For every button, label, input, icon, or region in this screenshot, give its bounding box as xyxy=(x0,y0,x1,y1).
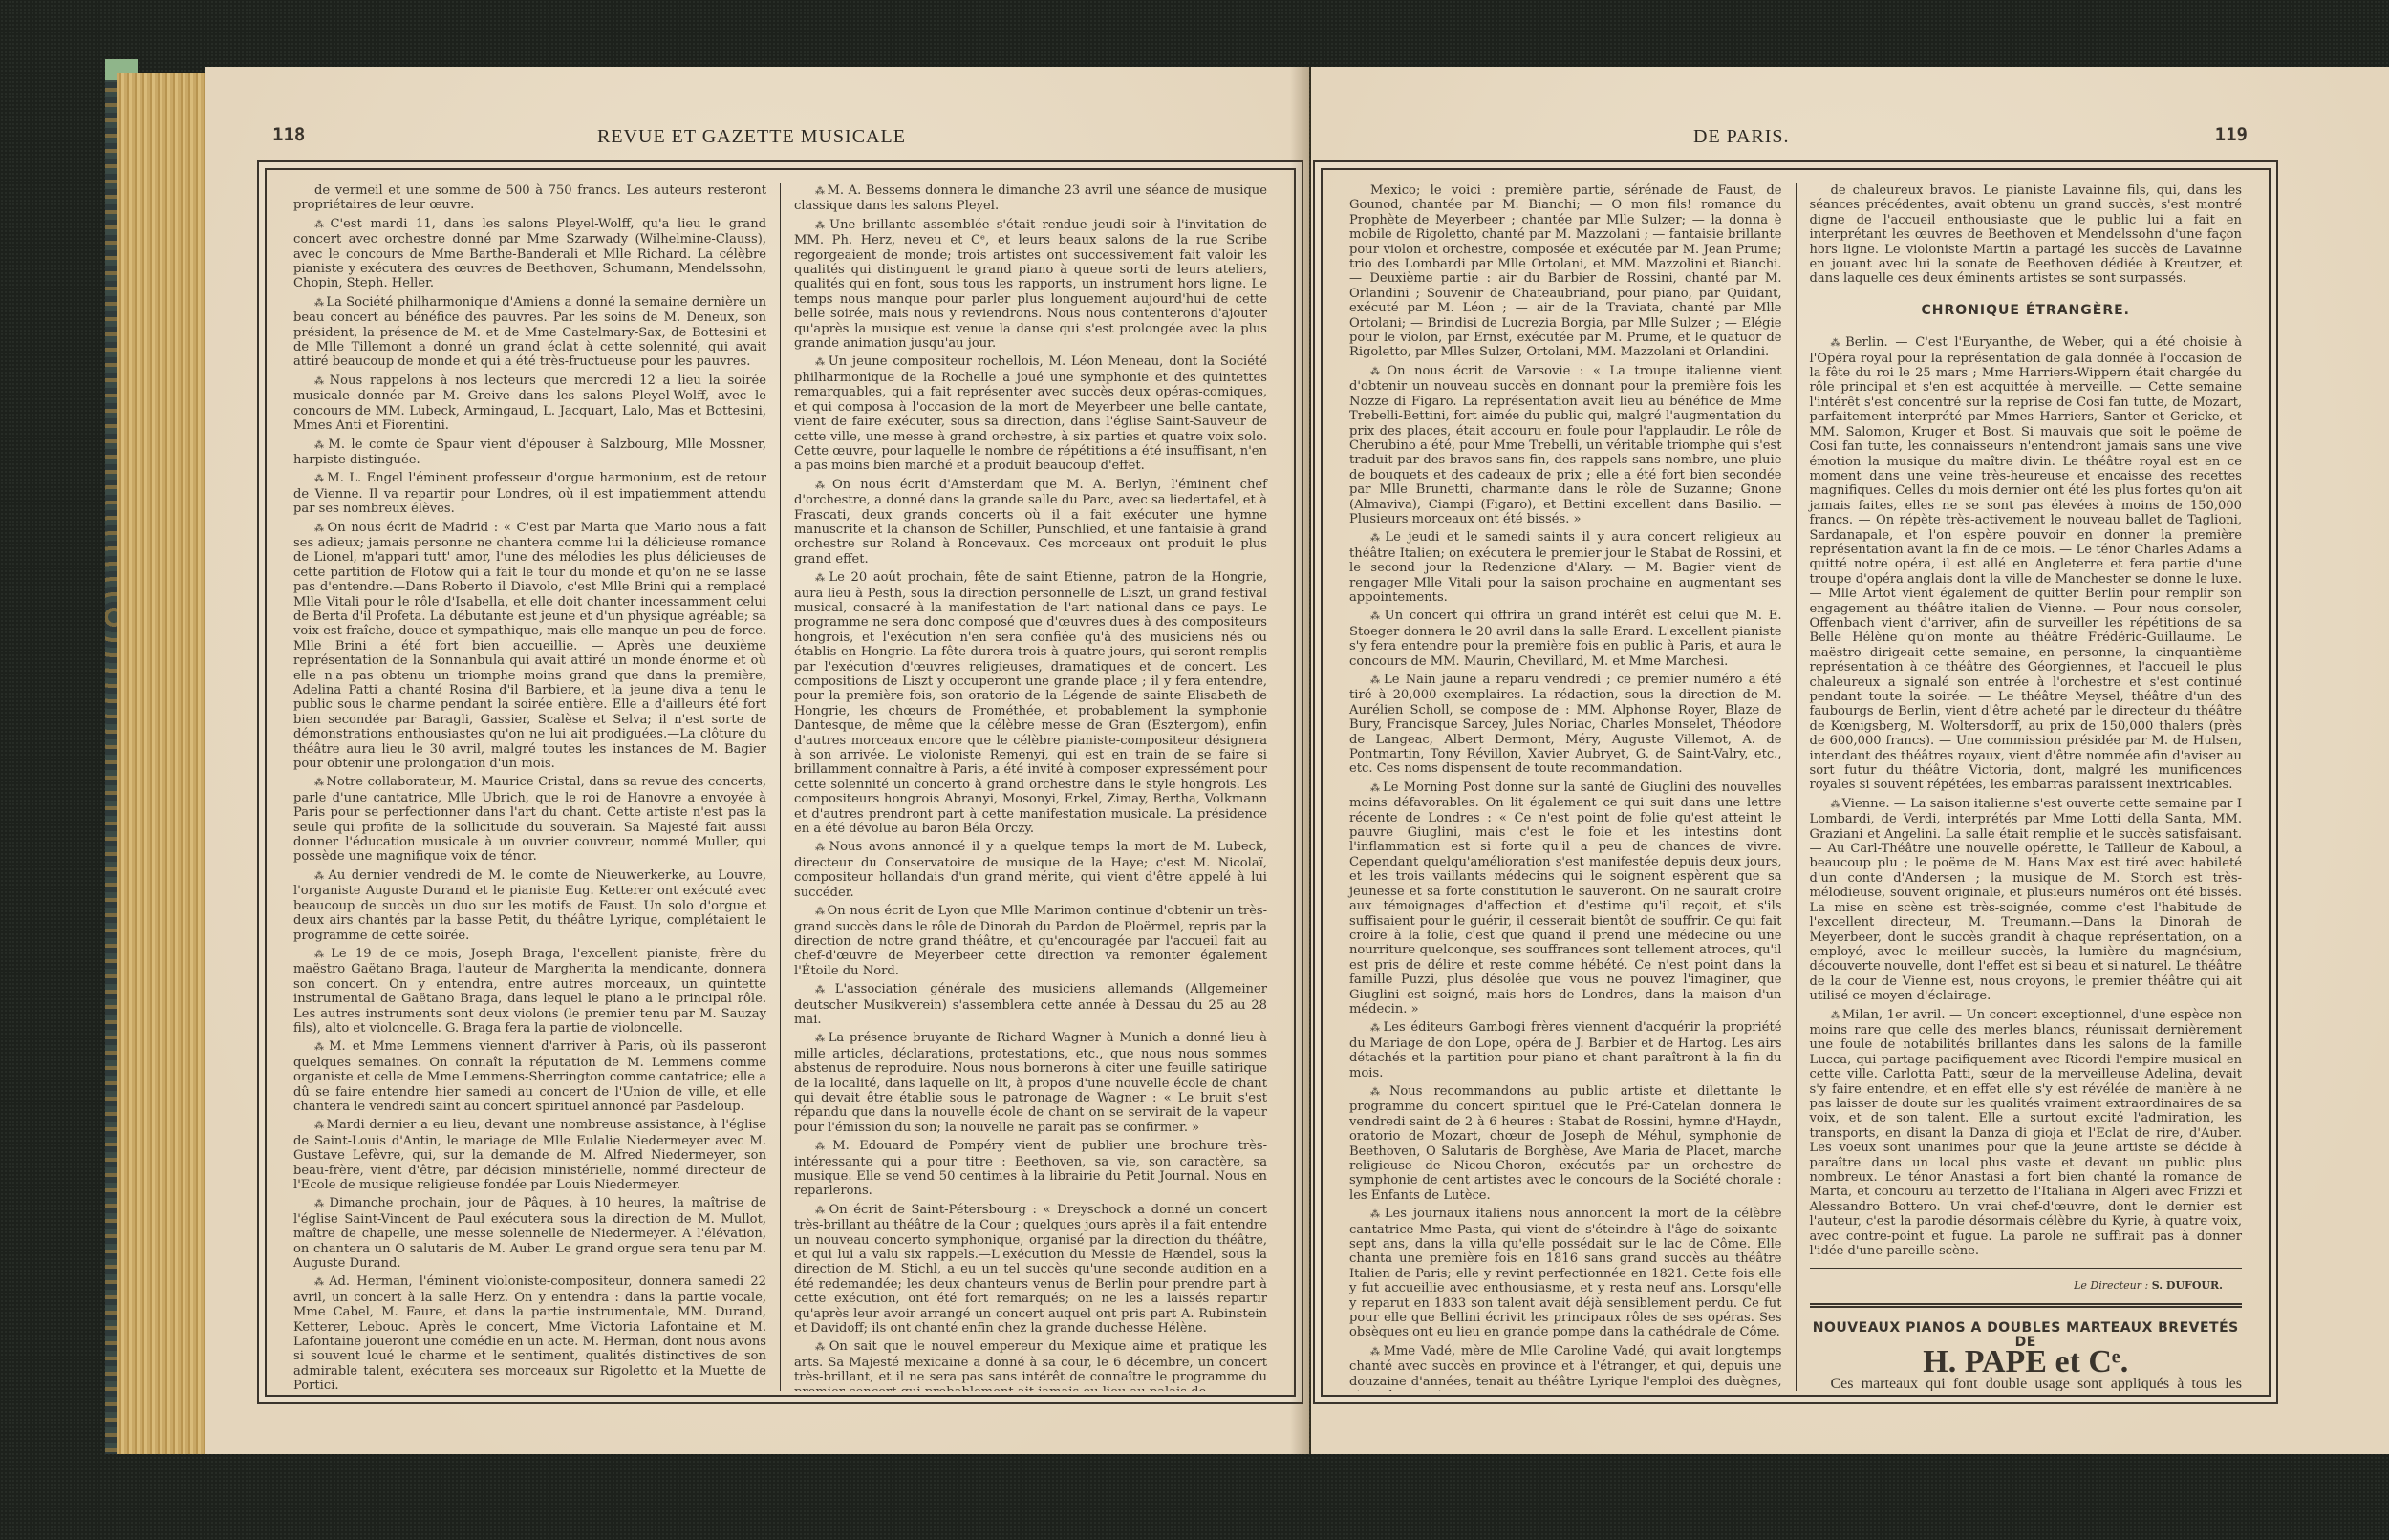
asterism-icon: ⁂ xyxy=(815,907,825,917)
article-paragraph: ⁂M. L. Engel l'éminent professeur d'orgu… xyxy=(293,471,766,516)
article-paragraph: ⁂On nous écrit d'Amsterdam que M. A. Ber… xyxy=(794,478,1267,567)
ad-brand: H. PAPE et Cᵉ. xyxy=(1810,1355,2243,1369)
paragraph-text: Mardi dernier a eu lieu, devant une nomb… xyxy=(293,1118,766,1192)
article-paragraph: ⁂Le Morning Post donne sur la santé de G… xyxy=(1349,781,1782,1017)
article-paragraph: ⁂M. Edouard de Pompéry vient de publier … xyxy=(794,1139,1267,1199)
open-book: 118 REVUE ET GAZETTE MUSICALE de vermeil… xyxy=(105,59,2341,1454)
paragraph-text: M. L. Engel l'éminent professeur d'orgue… xyxy=(293,471,766,516)
paragraph-text: Nous avons annoncé il y a quelque temps … xyxy=(794,840,1267,899)
article-paragraph: ⁂Dimanche prochain, jour de Pâques, à 10… xyxy=(293,1196,766,1271)
article-paragraph: ⁂Nous rappelons à nos lecteurs que mercr… xyxy=(293,374,766,434)
article-paragraph: ⁂Au dernier vendredi de M. le comte de N… xyxy=(293,868,766,943)
signature-label: Le Directeur : xyxy=(2074,1279,2148,1292)
page-number: 119 xyxy=(2215,124,2248,145)
article-paragraph: ⁂Le Nain jaune a reparu vendredi ; ce pr… xyxy=(1349,673,1782,777)
divider xyxy=(1810,1268,2243,1269)
signature-name: S. DUFOUR. xyxy=(2152,1279,2223,1292)
asterism-icon: ⁂ xyxy=(815,1206,826,1216)
paragraph-text: M. le comte de Spaur vient d'épouser à S… xyxy=(293,438,766,467)
article-paragraph: ⁂C'est mardi 11, dans les salons Pleyel-… xyxy=(293,217,766,291)
asterism-icon: ⁂ xyxy=(1831,1011,1840,1021)
asterism-icon: ⁂ xyxy=(815,221,827,231)
paragraph-text: de vermeil et une somme de 500 à 750 fra… xyxy=(293,183,766,212)
paragraph-text: Le 20 août prochain, fête de saint Etien… xyxy=(794,570,1267,836)
paragraph-text: Le Nain jaune a reparu vendredi ; ce pre… xyxy=(1349,673,1782,776)
asterism-icon: ⁂ xyxy=(815,985,832,995)
article-paragraph: ⁂On nous écrit de Lyon que Mlle Marimon … xyxy=(794,904,1267,978)
article-paragraph: ⁂La présence bruyante de Richard Wagner … xyxy=(794,1031,1267,1135)
paragraph-text: Au dernier vendredi de M. le comte de Ni… xyxy=(293,868,766,943)
double-divider xyxy=(1810,1303,2243,1308)
paragraph-text: La présence bruyante de Richard Wagner à… xyxy=(794,1031,1267,1134)
column-left: de vermeil et une somme de 500 à 750 fra… xyxy=(280,183,780,1391)
article-paragraph: ⁂Une brillante assemblée s'était rendue … xyxy=(794,218,1267,352)
asterism-icon: ⁂ xyxy=(314,298,323,309)
paragraph-text: On écrit de Saint-Pétersbourg : « Dreysc… xyxy=(794,1203,1267,1336)
asterism-icon: ⁂ xyxy=(314,376,327,387)
asterism-icon: ⁂ xyxy=(314,871,325,882)
asterism-icon: ⁂ xyxy=(1370,1087,1387,1098)
article-paragraph: ⁂Nous avons annoncé il y a quelque temps… xyxy=(794,840,1267,900)
asterism-icon: ⁂ xyxy=(1370,611,1382,622)
paragraph-text: L'association générale des musiciens all… xyxy=(794,982,1267,1027)
paragraph-text: Un concert qui offrira un grand intérêt … xyxy=(1349,609,1782,668)
article-paragraph: ⁂M. A. Bessems donnera le dimanche 23 av… xyxy=(794,183,1267,214)
paragraph-text: Dimanche prochain, jour de Pâques, à 10 … xyxy=(293,1196,766,1271)
paragraph-text: On sait que le nouvel empereur du Mexiqu… xyxy=(794,1339,1267,1391)
asterism-icon: ⁂ xyxy=(314,1121,324,1131)
asterism-icon: ⁂ xyxy=(815,1342,827,1353)
column-right: ⁂M. A. Bessems donnera le dimanche 23 av… xyxy=(780,183,1281,1391)
article-paragraph: ⁂Le jeudi et le samedi saints il y aura … xyxy=(1349,530,1782,605)
article-paragraph: ⁂Les journaux italiens nous annoncent la… xyxy=(1349,1207,1782,1340)
paragraph-text: On nous écrit de Madrid : « C'est par Ma… xyxy=(293,521,766,772)
article-paragraph: ⁂M. le comte de Spaur vient d'épouser à … xyxy=(293,438,766,468)
paragraph-text: Nous rappelons à nos lecteurs que mercre… xyxy=(293,374,766,433)
paragraph-text: On nous écrit d'Amsterdam que M. A. Berl… xyxy=(794,478,1267,567)
right-page: DE PARIS. 119 Mexico; le voici : premièr… xyxy=(1311,67,2389,1454)
paragraph-text: Le 19 de ce mois, Joseph Braga, l'excell… xyxy=(293,947,766,1036)
left-page: 118 REVUE ET GAZETTE MUSICALE de vermeil… xyxy=(205,67,1309,1454)
page-number: 118 xyxy=(272,124,305,145)
article-paragraph: ⁂Mardi dernier a eu lieu, devant une nom… xyxy=(293,1118,766,1192)
article-paragraph: ⁂Ad. Herman, l'éminent violoniste-compos… xyxy=(293,1274,766,1391)
advertisement: NOUVEAUX PIANOS A DOUBLES MARTEAUX BREVE… xyxy=(1810,1321,2243,1391)
article-paragraph: ⁂Le 20 août prochain, fête de saint Etie… xyxy=(794,570,1267,836)
paragraph-text: M. Edouard de Pompéry vient de publier u… xyxy=(794,1139,1267,1198)
asterism-icon: ⁂ xyxy=(1831,800,1840,810)
paragraph-text: de chaleureux bravos. Le pianiste Lavain… xyxy=(1810,183,2243,286)
asterism-icon: ⁂ xyxy=(815,481,829,491)
asterism-icon: ⁂ xyxy=(815,357,826,368)
column-right: de chaleureux bravos. Le pianiste Lavain… xyxy=(1796,183,2256,1391)
article-paragraph: ⁂Un concert qui offrira un grand intérêt… xyxy=(1349,609,1782,669)
paragraph-text: Le Morning Post donne sur la santé de Gi… xyxy=(1349,781,1782,1016)
paragraph-text: Milan, 1er avril. — Un concert exception… xyxy=(1810,1008,2243,1259)
paragraph-text: Nous recommandons au public artiste et d… xyxy=(1349,1084,1782,1203)
paragraph-text: Vienne. — La saison italienne s'est ouve… xyxy=(1810,797,2243,1003)
asterism-icon: ⁂ xyxy=(815,1034,826,1044)
paragraph-text: Berlin. — C'est l'Euryanthe, de Weber, q… xyxy=(1810,335,2243,792)
paragraph-text: C'est mardi 11, dans les salons Pleyel-W… xyxy=(293,217,766,291)
article-paragraph: ⁂Milan, 1er avril. — Un concert exceptio… xyxy=(1810,1008,2243,1259)
article-paragraph: ⁂Notre collaborateur, M. Maurice Cristal… xyxy=(293,775,766,864)
asterism-icon: ⁂ xyxy=(815,573,826,584)
article-paragraph: ⁂Un jeune compositeur rochellois, M. Léo… xyxy=(794,354,1267,473)
asterism-icon: ⁂ xyxy=(314,1199,327,1209)
article-paragraph: Mexico; le voici : première partie, séré… xyxy=(1349,183,1782,360)
page-edges-left xyxy=(117,73,212,1454)
asterism-icon: ⁂ xyxy=(314,440,325,451)
asterism-icon: ⁂ xyxy=(815,186,824,197)
signature: Le Directeur : S. DUFOUR. xyxy=(1810,1278,2224,1293)
asterism-icon: ⁂ xyxy=(815,1142,829,1152)
asterism-icon: ⁂ xyxy=(314,1277,326,1288)
article-paragraph: ⁂Les éditeurs Gambogi frères viennent d'… xyxy=(1349,1020,1782,1080)
article-paragraph: ⁂On écrit de Saint-Pétersbourg : « Dreys… xyxy=(794,1203,1267,1337)
article-paragraph: ⁂Mme Vadé, mère de Mlle Caroline Vadé, q… xyxy=(1349,1344,1782,1391)
asterism-icon: ⁂ xyxy=(314,950,328,960)
asterism-icon: ⁂ xyxy=(1831,338,1843,349)
article-paragraph: de chaleureux bravos. Le pianiste Lavain… xyxy=(1810,183,2243,287)
paragraph-text: Un jeune compositeur rochellois, M. Léon… xyxy=(794,354,1267,473)
page-frame: Mexico; le voici : première partie, séré… xyxy=(1313,160,2278,1404)
article-paragraph: ⁂L'association générale des musiciens al… xyxy=(794,982,1267,1027)
paragraph-text: Le jeudi et le samedi saints il y aura c… xyxy=(1349,530,1782,605)
article-paragraph: ⁂On nous écrit de Varsovie : « La troupe… xyxy=(1349,364,1782,526)
paragraph-text: On nous écrit de Lyon que Mlle Marimon c… xyxy=(794,904,1267,978)
text-columns: Mexico; le voici : première partie, séré… xyxy=(1336,183,2255,1391)
paragraph-text: Mme Vadé, mère de Mlle Caroline Vadé, qu… xyxy=(1349,1344,1782,1391)
paragraph-text: Ad. Herman, l'éminent violoniste-composi… xyxy=(293,1274,766,1391)
article-paragraph: de vermeil et une somme de 500 à 750 fra… xyxy=(293,183,766,213)
section-title-etrangere: CHRONIQUE ÉTRANGÈRE. xyxy=(1810,304,2243,318)
asterism-icon: ⁂ xyxy=(1370,1209,1382,1220)
running-head: DE PARIS. xyxy=(1693,126,1790,148)
paragraph-text: Une brillante assemblée s'était rendue j… xyxy=(794,218,1267,351)
asterism-icon: ⁂ xyxy=(1370,1347,1381,1358)
asterism-icon: ⁂ xyxy=(1370,1023,1381,1034)
article-paragraph: ⁂On nous écrit de Madrid : « C'est par M… xyxy=(293,521,766,772)
article-paragraph: ⁂Vienne. — La saison italienne s'est ouv… xyxy=(1810,797,2243,1004)
paragraph-text: Les journaux italiens nous annoncent la … xyxy=(1349,1207,1782,1339)
paragraph-text: On nous écrit de Varsovie : « La troupe … xyxy=(1349,364,1782,526)
asterism-icon: ⁂ xyxy=(314,524,325,534)
asterism-icon: ⁂ xyxy=(1370,675,1381,686)
paragraph-text: M. A. Bessems donnera le dimanche 23 avr… xyxy=(794,183,1267,213)
asterism-icon: ⁂ xyxy=(314,474,324,484)
paragraph-text: M. et Mme Lemmens viennent d'arriver à P… xyxy=(293,1039,766,1114)
article-paragraph: ⁂On sait que le nouvel empereur du Mexiq… xyxy=(794,1339,1267,1391)
asterism-icon: ⁂ xyxy=(1370,533,1382,544)
article-paragraph: ⁂Berlin. — C'est l'Euryanthe, de Weber, … xyxy=(1810,335,2243,793)
ad-body: Ces marteaux qui font double usage sont … xyxy=(1810,1375,2243,1391)
asterism-icon: ⁂ xyxy=(1370,367,1384,377)
asterism-icon: ⁂ xyxy=(314,220,327,230)
article-paragraph: ⁂La Société philharmonique d'Amiens a do… xyxy=(293,295,766,370)
page-frame: de vermeil et une somme de 500 à 750 fra… xyxy=(257,160,1303,1404)
text-columns: de vermeil et une somme de 500 à 750 fra… xyxy=(280,183,1281,1391)
paragraph-text: Les éditeurs Gambogi frères viennent d'a… xyxy=(1349,1020,1782,1080)
paragraph-text: La Société philharmonique d'Amiens a don… xyxy=(293,295,766,370)
article-paragraph: ⁂Nous recommandons au public artiste et … xyxy=(1349,1084,1782,1203)
article-paragraph: ⁂M. et Mme Lemmens viennent d'arriver à … xyxy=(293,1039,766,1114)
asterism-icon: ⁂ xyxy=(1370,783,1380,794)
asterism-icon: ⁂ xyxy=(314,1042,326,1053)
paragraph-text: Notre collaborateur, M. Maurice Cristal,… xyxy=(293,775,766,864)
asterism-icon: ⁂ xyxy=(314,778,323,788)
article-paragraph: ⁂Le 19 de ce mois, Joseph Braga, l'excel… xyxy=(293,947,766,1036)
asterism-icon: ⁂ xyxy=(815,843,827,853)
running-head: REVUE ET GAZETTE MUSICALE xyxy=(597,126,906,148)
paragraph-text: Mexico; le voici : première partie, séré… xyxy=(1349,183,1782,359)
column-left: Mexico; le voici : première partie, séré… xyxy=(1336,183,1796,1391)
